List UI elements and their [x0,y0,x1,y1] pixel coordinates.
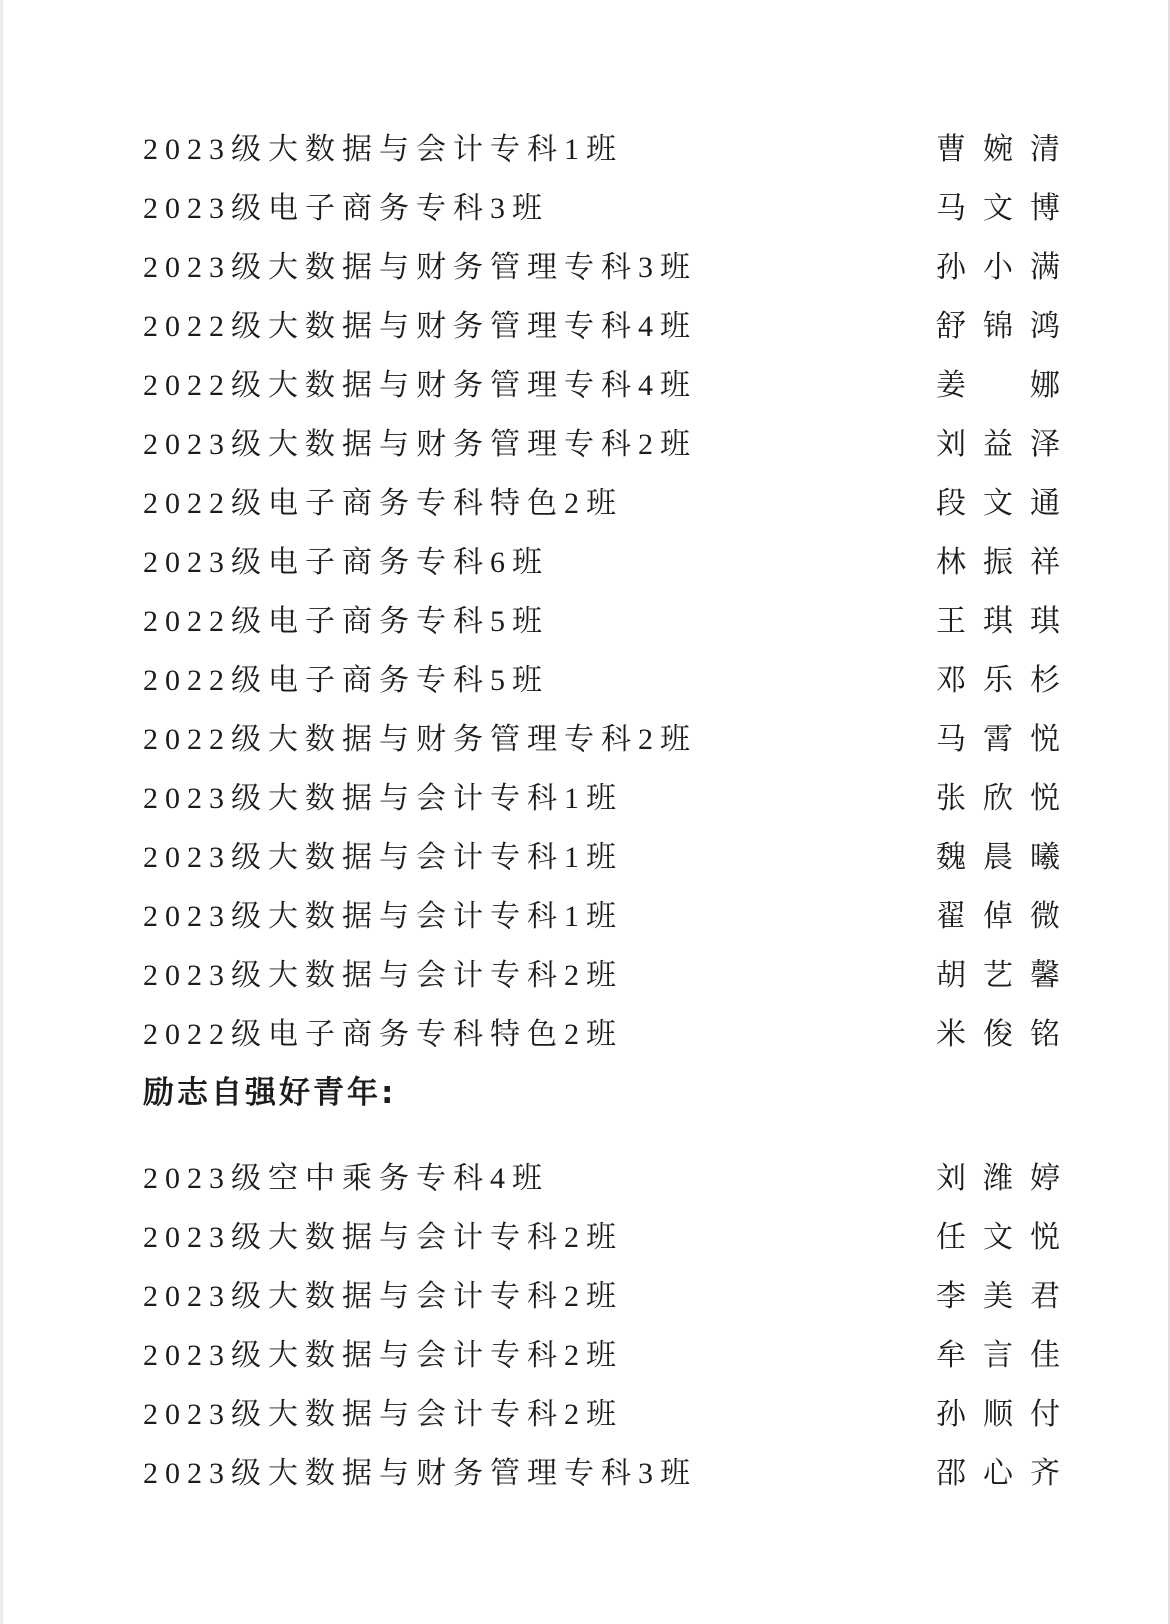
list-row: 2023级大数据与财务管理专科3班孙小满 [143,234,1060,293]
list-row: 2023级大数据与会计专科1班张欣悦 [143,765,1060,824]
award-list-inspirational-youth: 2023级空中乘务专科4班刘潍婷2023级大数据与会计专科2班任文悦2023级大… [143,1145,1060,1499]
student-name: 米俊铭 [936,1009,1060,1053]
class-name: 2022级大数据与财务管理专科4班 [143,301,697,345]
list-row: 2023级大数据与会计专科2班牟言佳 [143,1322,1060,1381]
student-name: 邓乐杉 [936,655,1060,699]
list-row: 2022级大数据与财务管理专科4班舒锦鸿 [143,293,1060,352]
student-name: 孙小满 [936,242,1060,286]
class-name: 2022级电子商务专科特色2班 [143,1009,623,1053]
list-row: 2023级大数据与财务管理专科3班邵心齐 [143,1440,1060,1499]
list-row: 2022级电子商务专科特色2班米俊铭 [143,1001,1060,1060]
class-name: 2023级大数据与会计专科1班 [143,891,623,935]
list-row: 2023级电子商务专科6班林振祥 [143,529,1060,588]
class-name: 2023级大数据与会计专科2班 [143,1389,623,1433]
class-name: 2023级大数据与财务管理专科3班 [143,1448,697,1492]
class-name: 2023级大数据与财务管理专科3班 [143,242,697,286]
list-row: 2022级大数据与财务管理专科2班马霄悦 [143,706,1060,765]
section-heading-row: 励志自强好青年: [143,1060,1060,1119]
class-name: 2023级大数据与会计专科2班 [143,1330,623,1374]
student-name: 段文通 [936,478,1060,522]
class-name: 2022级电子商务专科5班 [143,596,549,640]
student-name: 王琪琪 [936,596,1060,640]
list-row: 2023级大数据与财务管理专科2班刘益泽 [143,411,1060,470]
class-name: 2023级电子商务专科6班 [143,537,549,581]
class-name: 2023级大数据与会计专科2班 [143,1212,623,1256]
award-list-top: 2023级大数据与会计专科1班曹婉清2023级电子商务专科3班马文博2023级大… [143,116,1060,1060]
class-name: 2022级大数据与财务管理专科4班 [143,360,697,404]
class-name: 2023级大数据与会计专科1班 [143,773,623,817]
document-page: 2023级大数据与会计专科1班曹婉清2023级电子商务专科3班马文博2023级大… [0,0,1170,1624]
list-row: 2023级大数据与会计专科2班胡艺馨 [143,942,1060,1001]
list-row: 2022级大数据与财务管理专科4班姜娜 [143,352,1060,411]
student-name: 李美君 [936,1271,1060,1315]
class-name: 2022级电子商务专科5班 [143,655,549,699]
student-name: 刘益泽 [936,419,1060,463]
class-name: 2023级大数据与会计专科2班 [143,950,623,994]
list-row: 2023级大数据与会计专科2班李美君 [143,1263,1060,1322]
class-name: 2022级大数据与财务管理专科2班 [143,714,697,758]
list-row: 2023级大数据与会计专科2班任文悦 [143,1204,1060,1263]
student-name: 牟言佳 [936,1330,1060,1374]
student-name: 邵心齐 [936,1448,1060,1492]
student-name: 马文博 [936,183,1060,227]
list-row: 2023级大数据与会计专科1班翟倬微 [143,883,1060,942]
student-name: 曹婉清 [936,124,1060,168]
student-name: 林振祥 [936,537,1060,581]
student-name: 翟倬微 [936,891,1060,935]
student-name: 马霄悦 [936,714,1060,758]
section-heading: 励志自强好青年: [143,1067,396,1112]
student-name: 姜娜 [936,360,1060,404]
list-row: 2023级大数据与会计专科1班曹婉清 [143,116,1060,175]
student-name: 舒锦鸿 [936,301,1060,345]
list-row: 2022级电子商务专科5班王琪琪 [143,588,1060,647]
class-name: 2023级大数据与会计专科2班 [143,1271,623,1315]
class-name: 2023级大数据与会计专科1班 [143,832,623,876]
list-row: 2023级大数据与会计专科1班魏晨曦 [143,824,1060,883]
list-row: 2023级空中乘务专科4班刘潍婷 [143,1145,1060,1204]
student-name: 刘潍婷 [936,1153,1060,1197]
list-row: 2022级电子商务专科5班邓乐杉 [143,647,1060,706]
class-name: 2023级大数据与财务管理专科2班 [143,419,697,463]
student-name: 任文悦 [936,1212,1060,1256]
list-row: 2022级电子商务专科特色2班段文通 [143,470,1060,529]
class-name: 2023级电子商务专科3班 [143,183,549,227]
list-row: 2023级电子商务专科3班马文博 [143,175,1060,234]
student-name: 孙顺付 [936,1389,1060,1433]
student-name: 魏晨曦 [936,832,1060,876]
student-name: 张欣悦 [936,773,1060,817]
student-name: 胡艺馨 [936,950,1060,994]
list-row: 2023级大数据与会计专科2班孙顺付 [143,1381,1060,1440]
class-name: 2022级电子商务专科特色2班 [143,478,623,522]
class-name: 2023级空中乘务专科4班 [143,1153,549,1197]
class-name: 2023级大数据与会计专科1班 [143,124,623,168]
